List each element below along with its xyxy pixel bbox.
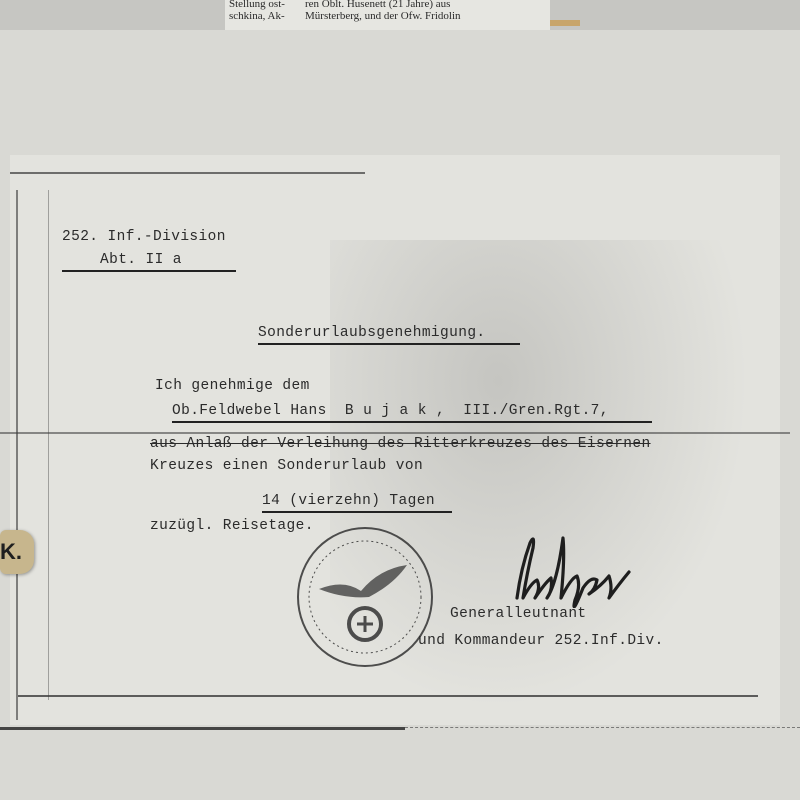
document-title: Sonderurlaubsgenehmigung. xyxy=(258,325,520,345)
body-line-3: aus Anlaß der Verleihung des Ritterkreuz… xyxy=(150,436,651,452)
border-line xyxy=(16,190,18,720)
clipping-line: Stellung ost- xyxy=(229,0,309,10)
border-line xyxy=(0,727,405,730)
clipping-column-2: ren Oblt. Husenett (21 Jahre) aus Mürste… xyxy=(305,0,545,22)
clipping-line: schkina, Ak- xyxy=(229,10,309,22)
eagle-stamp-icon xyxy=(299,529,431,665)
body-line-6: zuzügl. Reisetage. xyxy=(150,518,314,534)
recipient-line: Ob.Feldwebel Hans B u j a k , III./Gren.… xyxy=(172,403,652,423)
signer-title: und Kommandeur 252.Inf.Div. xyxy=(418,633,664,649)
border-line xyxy=(10,172,365,174)
department-header: Abt. II a xyxy=(62,252,236,272)
clipping-line: ren Oblt. Husenett (21 Jahre) aus xyxy=(305,0,545,10)
border-line xyxy=(48,190,49,700)
paper-scrap xyxy=(550,20,580,26)
side-label-tag: K. xyxy=(0,530,34,574)
signer-rank: Generalleutnant xyxy=(450,606,587,622)
division-header: 252. Inf.-Division xyxy=(62,229,226,245)
clipping-line: Mürsterberg, und der Ofw. Fridolin xyxy=(305,10,545,22)
official-stamp xyxy=(297,527,433,667)
clipping-column-1: Stellung ost- schkina, Ak- xyxy=(229,0,309,22)
border-line xyxy=(18,695,758,697)
border-line xyxy=(405,727,800,728)
body-line-1: Ich genehmige dem xyxy=(155,378,310,394)
handwritten-signature xyxy=(505,528,665,608)
newspaper-clipping: Stellung ost- schkina, Ak- ren Oblt. Hus… xyxy=(225,0,550,30)
body-line-4: Kreuzes einen Sonderurlaub von xyxy=(150,458,423,474)
fold-line xyxy=(0,432,790,434)
leave-duration: 14 (vierzehn) Tagen xyxy=(262,493,452,513)
